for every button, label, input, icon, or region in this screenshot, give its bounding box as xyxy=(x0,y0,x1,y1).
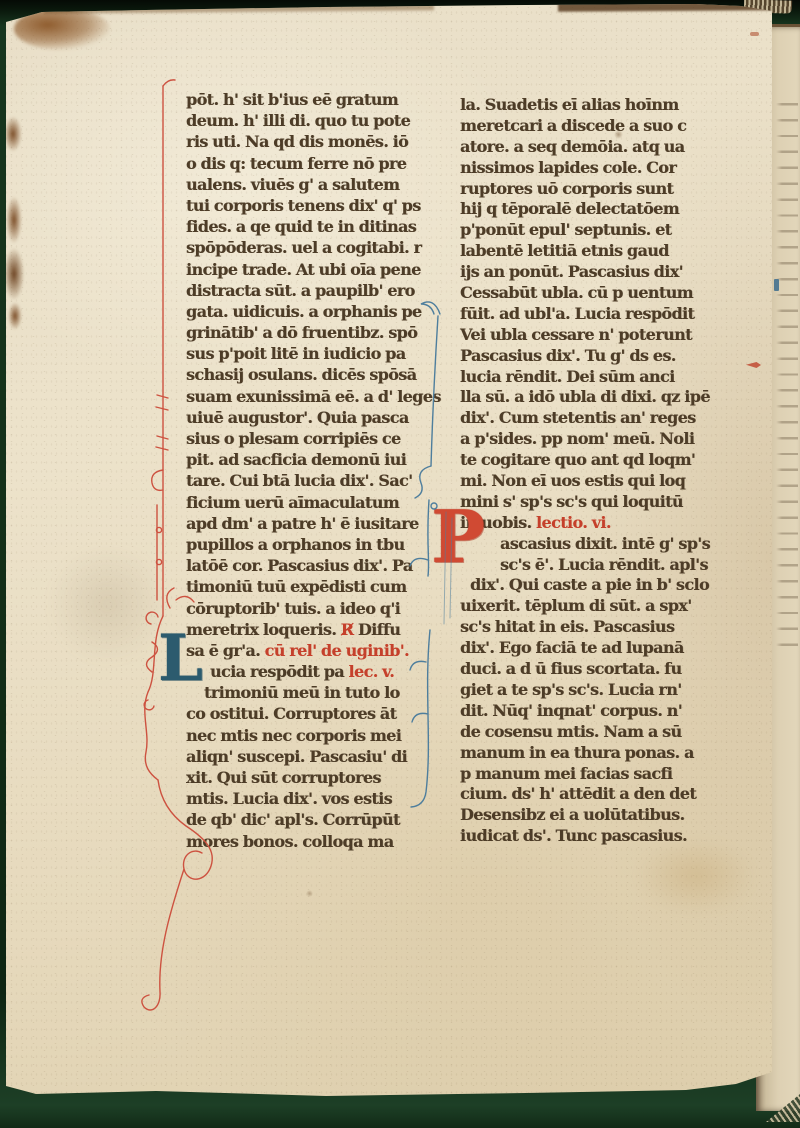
body-text: tare. Cui btā lucia dix'. Sac' xyxy=(186,471,412,490)
body-text: pit. ad sacficia demonū iui xyxy=(186,450,406,469)
text-line: uiuē augustor'. Quia pasca xyxy=(186,408,420,429)
body-text: Pascasius dix'. Tu g' ds es. xyxy=(460,346,676,365)
text-line: nec mtis nec corporis mei xyxy=(186,726,420,747)
body-text: sc's ē'. Lucia rēndit. apl's xyxy=(500,555,708,574)
text-line: te cogitare quo ant qd loqm' xyxy=(460,450,708,471)
body-text: grinātib' a dō fruentibz. spō xyxy=(186,323,417,342)
text-line: latōē cor. Pascasius dix'. Pa xyxy=(186,556,420,577)
text-line: distracta sūt. a paupilb' ero xyxy=(186,281,420,302)
text-line: ijs an ponūt. Pascasius dix' xyxy=(460,262,708,283)
body-text: deum. h' illi di. quo tu pote xyxy=(186,111,410,130)
red-edge-mark xyxy=(750,32,759,36)
body-text: manum in ea thura ponas. a xyxy=(460,743,694,762)
text-line: pōt. h' sit b'ius eē gratum xyxy=(186,90,420,111)
text-line: manum in ea thura ponas. a xyxy=(460,743,708,764)
stain xyxy=(8,302,22,330)
text-line: in uobis. lectio. vi. xyxy=(460,513,708,534)
facing-page-blue-mark xyxy=(774,279,779,291)
body-text: ris uti. Na qd dis monēs. iō xyxy=(186,132,408,151)
body-text: timoniū tuū expēdisti cum xyxy=(186,577,406,596)
stain xyxy=(14,8,110,50)
body-text: pōt. h' sit b'ius eē gratum xyxy=(186,90,398,109)
body-text: de cosensu mtis. Nam a sū xyxy=(460,722,682,741)
body-text: dix'. Cum stetentis an' reges xyxy=(460,408,696,427)
text-line: de cosensu mtis. Nam a sū xyxy=(460,722,708,743)
text-line: labentē letitiā etnis gaud xyxy=(460,241,708,262)
body-text: latōē cor. Pascasius dix'. Pa xyxy=(186,556,413,575)
text-line: sc's ē'. Lucia rēndit. apl's xyxy=(460,555,708,576)
text-line: ficium uerū aīmaculatum xyxy=(186,493,420,514)
text-line: mini s' sp's sc's qui loquitū xyxy=(460,492,708,513)
text-line: dix'. Ego faciā te ad lupanā xyxy=(460,638,708,659)
stain xyxy=(306,890,313,897)
body-text: o dis q: tecum ferre nō pre xyxy=(186,154,406,173)
body-text: cium. ds' h' attēdit a den det xyxy=(460,784,696,803)
body-text: meretcari a discede a suo c xyxy=(460,116,686,135)
body-text: pupillos a orphanos in tbu xyxy=(186,535,405,554)
body-text: ascasius dixit. intē g' sp's xyxy=(500,534,710,553)
body-text: dix'. Qui caste a pie in b' sclo xyxy=(470,575,709,594)
text-line: meretrix loqueris. R̸ Diffu xyxy=(186,620,420,641)
stain xyxy=(4,248,24,300)
facing-page-text-lines xyxy=(776,103,798,648)
body-text: sius o plesam corripiēs ce xyxy=(186,429,401,448)
text-line: Vei ubla cessare n' poterunt xyxy=(460,325,708,346)
text-line: pit. ad sacficia demonū iui xyxy=(186,450,420,471)
body-text: hij q tēporalē delectatōem xyxy=(460,199,679,218)
text-line: Pascasius dix'. Tu g' ds es. xyxy=(460,346,708,367)
stain xyxy=(6,196,22,244)
rubric-text: R̸ xyxy=(341,620,358,639)
worn-top-edge xyxy=(558,1,772,11)
text-line: nissimos lapides cole. Cor xyxy=(460,158,708,179)
text-line: cium. ds' h' attēdit a den det xyxy=(460,784,708,805)
text-line: sus p'poit litē in iudicio pa xyxy=(186,344,420,365)
body-text: apd dm' a patre h' ē iusitare xyxy=(186,514,419,533)
text-line: atore. a seq demōia. atq ua xyxy=(460,137,708,158)
body-text: atore. a seq demōia. atq ua xyxy=(460,137,684,156)
text-line: ualens. viuēs g' a salutem xyxy=(186,175,420,196)
text-line: incipe trade. At ubi oīa pene xyxy=(186,260,420,281)
text-line: lucia rēndit. Dei sūm anci xyxy=(460,367,708,388)
body-text: meretrix loqueris. xyxy=(186,620,341,639)
body-text: spōpōderas. uel a cogitabi. r xyxy=(186,238,421,257)
body-text: sus p'poit litē in iudicio pa xyxy=(186,344,405,363)
body-text: ijs an ponūt. Pascasius dix' xyxy=(460,262,683,281)
body-text: p manum mei facias sacfi xyxy=(460,764,672,783)
worn-top-edge xyxy=(44,4,434,13)
body-text: aliqn' suscepi. Pascasiu' di xyxy=(186,747,407,766)
body-text: mini s' sp's sc's qui loquitū xyxy=(460,492,683,511)
body-text: suam exunissimā eē. a d' leges xyxy=(186,387,441,406)
body-text: tui corporis tenens dix' q' ps xyxy=(186,196,421,215)
text-line: tare. Cui btā lucia dix'. Sac' xyxy=(186,471,420,492)
text-line: mi. Non eī uos estis qui loq xyxy=(460,471,708,492)
text-line: tui corporis tenens dix' q' ps xyxy=(186,196,420,217)
text-line: p'ponūt epul' septunis. et xyxy=(460,220,708,241)
body-text: labentē letitiā etnis gaud xyxy=(460,241,669,260)
body-text: fides. a qe quid te in ditinas xyxy=(186,217,416,236)
body-text: lucia rēndit. Dei sūm anci xyxy=(460,367,675,386)
text-line: grinātib' a dō fruentibz. spō xyxy=(186,323,420,344)
text-line: dix'. Qui caste a pie in b' sclo xyxy=(460,575,708,596)
text-line: suam exunissimā eē. a d' leges xyxy=(186,387,420,408)
body-text: lla sū. a idō ubla di dixi. qz ipē xyxy=(460,387,710,406)
body-text: mi. Non eī uos estis qui loq xyxy=(460,471,685,490)
text-line: pupillos a orphanos in tbu xyxy=(186,535,420,556)
text-line: xit. Qui sūt corruptores xyxy=(186,768,420,789)
rubric-text: lec. v. xyxy=(349,662,395,681)
body-text: gata. uidicuis. a orphanis pe xyxy=(186,302,422,321)
body-text: dit. Nūq' inqnat' corpus. n' xyxy=(460,701,682,720)
body-text: ficium uerū aīmaculatum xyxy=(186,493,399,512)
body-text: distracta sūt. a paupilb' ero xyxy=(186,281,415,300)
body-text: fūit. ad ubl'a. Lucia respōdit xyxy=(460,304,694,323)
text-line: fūit. ad ubl'a. Lucia respōdit xyxy=(460,304,708,325)
text-line: lla sū. a idō ubla di dixi. qz ipē xyxy=(460,387,708,408)
text-line: Cessabūt ubla. cū p uentum xyxy=(460,283,708,304)
body-text: mtis. Lucia dix'. vos estis xyxy=(186,789,392,808)
manuscript-photo: { "manuscript": { "description": "Mediev… xyxy=(0,0,800,1128)
text-line: spōpōderas. uel a cogitabi. r xyxy=(186,238,420,259)
body-text: mores bonos. colloqa ma xyxy=(186,832,393,851)
text-line: dit. Nūq' inqnat' corpus. n' xyxy=(460,701,708,722)
text-line: o dis q: tecum ferre nō pre xyxy=(186,154,420,175)
initial-L: L xyxy=(158,628,203,690)
text-line: apd dm' a patre h' ē iusitare xyxy=(186,514,420,535)
text-line: giet a te sp's sc's. Lucia rn' xyxy=(460,680,708,701)
rubric-text: lectio. vi. xyxy=(536,513,611,532)
body-text: Diffu xyxy=(358,620,400,639)
text-line: a p'sides. pp nom' meū. Noli xyxy=(460,429,708,450)
text-line: hij q tēporalē delectatōem xyxy=(460,199,708,220)
body-text: Vei ubla cessare n' poterunt xyxy=(460,325,692,344)
rubric-text: cū rel' de uginib'. xyxy=(265,641,409,660)
text-line: Desensibz ei a uolūtatibus. xyxy=(460,805,708,826)
text-line: ucia respōdit pa lec. v. xyxy=(186,662,420,683)
text-line: ris uti. Na qd dis monēs. iō xyxy=(186,132,420,153)
text-line: cōruptorib' tuis. a ideo q'i xyxy=(186,599,420,620)
text-column-left: pōt. h' sit b'ius eē gratumdeum. h' illi… xyxy=(186,90,420,853)
text-line: mtis. Lucia dix'. vos estis xyxy=(186,789,420,810)
text-line: gata. uidicuis. a orphanis pe xyxy=(186,302,420,323)
body-text: dix'. Ego faciā te ad lupanā xyxy=(460,638,684,657)
body-text: ucia respōdit pa xyxy=(210,662,349,681)
text-line: ruptores uō corporis sunt xyxy=(460,179,708,200)
body-text: giet a te sp's sc's. Lucia rn' xyxy=(460,680,682,699)
text-line: fides. a qe quid te in ditinas xyxy=(186,217,420,238)
stain xyxy=(48,544,168,664)
body-text: iudicat ds'. Tunc pascasius. xyxy=(460,826,687,845)
initial-P: P xyxy=(431,502,485,572)
body-text: Cessabūt ubla. cū p uentum xyxy=(460,283,693,302)
text-line: ascasius dixit. intē g' sp's xyxy=(460,534,708,555)
body-text: cōruptorib' tuis. a ideo q'i xyxy=(186,599,400,618)
text-line: deum. h' illi di. quo tu pote xyxy=(186,111,420,132)
text-line: la. Suadetis eī alias hoīnm xyxy=(460,95,708,116)
text-line: aliqn' suscepi. Pascasiu' di xyxy=(186,747,420,768)
text-line: co ostitui. Corruptores āt xyxy=(186,704,420,725)
stain xyxy=(4,116,22,152)
body-text: uiuē augustor'. Quia pasca xyxy=(186,408,409,427)
body-text: ruptores uō corporis sunt xyxy=(460,179,673,198)
text-line: schasij osulans. dicēs spōsā xyxy=(186,365,420,386)
body-text: incipe trade. At ubi oīa pene xyxy=(186,260,421,279)
text-line: sa ē gr'a. cū rel' de uginib'. xyxy=(186,641,420,662)
body-text: uixerit. tēplum di sūt. a spx' xyxy=(460,596,692,615)
body-text: la. Suadetis eī alias hoīnm xyxy=(460,95,679,114)
text-line: duci. a d ū fius scortata. fu xyxy=(460,659,708,680)
text-line: sc's hitat in eis. Pascasius xyxy=(460,617,708,638)
body-text: ualens. viuēs g' a salutem xyxy=(186,175,399,194)
body-text: xit. Qui sūt corruptores xyxy=(186,768,381,787)
text-line: dix'. Cum stetentis an' reges xyxy=(460,408,708,429)
text-line: meretcari a discede a suo c xyxy=(460,116,708,137)
body-text: schasij osulans. dicēs spōsā xyxy=(186,365,416,384)
body-text: p'ponūt epul' septunis. et xyxy=(460,220,671,239)
body-text: co ostitui. Corruptores āt xyxy=(186,704,396,723)
body-text: nec mtis nec corporis mei xyxy=(186,726,401,745)
text-line: uixerit. tēplum di sūt. a spx' xyxy=(460,596,708,617)
body-text: sc's hitat in eis. Pascasius xyxy=(460,617,674,636)
text-line: sius o plesam corripiēs ce xyxy=(186,429,420,450)
body-text: nissimos lapides cole. Cor xyxy=(460,158,676,177)
body-text: te cogitare quo ant qd loqm' xyxy=(460,450,695,469)
body-text: Desensibz ei a uolūtatibus. xyxy=(460,805,685,824)
stain xyxy=(636,838,756,914)
text-line: iudicat ds'. Tunc pascasius. xyxy=(460,826,708,847)
text-line: mores bonos. colloqa ma xyxy=(186,832,420,853)
text-line: de qb' dic' apl's. Corrūpūt xyxy=(186,810,420,831)
body-text: duci. a d ū fius scortata. fu xyxy=(460,659,681,678)
text-line: trimoniū meū in tuto lo xyxy=(186,683,420,704)
text-line: p manum mei facias sacfi xyxy=(460,764,708,785)
body-text: a p'sides. pp nom' meū. Noli xyxy=(460,429,694,448)
body-text: de qb' dic' apl's. Corrūpūt xyxy=(186,810,400,829)
text-column-right: la. Suadetis eī alias hoīnmmeretcari a d… xyxy=(460,95,708,847)
text-line: timoniū tuū expēdisti cum xyxy=(186,577,420,598)
body-text: trimoniū meū in tuto lo xyxy=(204,683,400,702)
red-edge-mark xyxy=(746,362,761,368)
